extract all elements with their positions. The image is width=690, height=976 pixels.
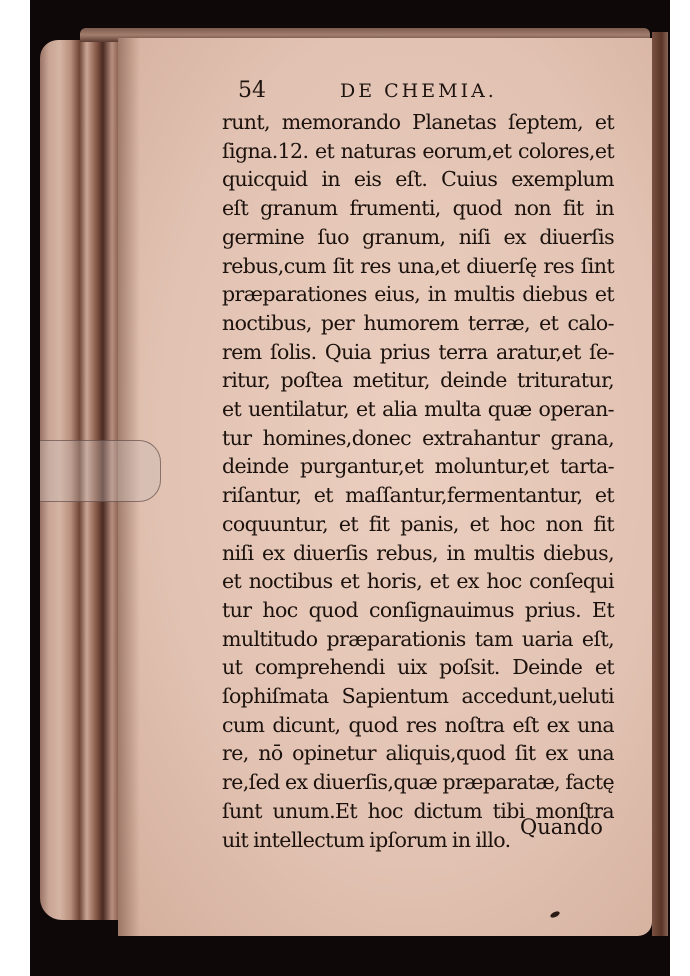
text-line: et noctibus et horis, et ex hoc conſequi bbox=[222, 567, 614, 596]
text-line: et uentilatur, et alia multa quæ operan- bbox=[222, 395, 614, 424]
text-line: niſi ex diuerſis rebus, in multis diebus… bbox=[222, 539, 614, 568]
text-line: rem ſolis. Quia prius terra aratur,et ſe… bbox=[222, 338, 614, 367]
text-line: ſigna.12. et naturas eorum,et colores,et bbox=[222, 137, 614, 166]
text-line: noctibus, per humorem terræ, et calo- bbox=[222, 309, 614, 338]
page-header: 54 DE CHEMIA. bbox=[232, 78, 622, 108]
text-line: præparationes eius, in multis diebus et bbox=[222, 280, 614, 309]
body-text: runt, memorando Planetas ſeptem, et ſign… bbox=[222, 108, 614, 854]
text-line: re, nō opinetur aliquis,quod ſit ex una bbox=[222, 739, 614, 768]
text-line: runt, memorando Planetas ſeptem, et bbox=[222, 108, 614, 137]
text-line: cum dicunt, quod res noſtra eſt ex una bbox=[222, 711, 614, 740]
text-line: coquuntur, et fit panis, et hoc non fit bbox=[222, 510, 614, 539]
text-line: tur homines,donec extrahantur grana, bbox=[222, 424, 614, 453]
catchword: Quando bbox=[520, 815, 603, 839]
text-line: germine ſuo granum, niſi ex diuerſis bbox=[222, 223, 614, 252]
page-number: 54 bbox=[238, 78, 266, 103]
text-line: tur hoc quod conſignauimus prius. Et bbox=[222, 596, 614, 625]
book-right-edge bbox=[652, 32, 668, 936]
text-line: ut comprehendi uix poſsit. Deinde et bbox=[222, 653, 614, 682]
text-line: deinde purgantur,et moluntur,et tarta- bbox=[222, 452, 614, 481]
text-line: quicquid in eis eſt. Cuius exemplum bbox=[222, 165, 614, 194]
page-marker-tab bbox=[40, 440, 161, 502]
running-head: DE CHEMIA. bbox=[340, 80, 497, 102]
text-line: ritur, poſtea metitur, deinde trituratur… bbox=[222, 366, 614, 395]
text-line: rebus,cum ſit res una,et diuerſę res ſin… bbox=[222, 252, 614, 281]
text-line: re,ſed ex diuerſis,quæ præparatæ, factę bbox=[222, 768, 614, 797]
text-line: eſt granum frumenti, quod non fit in bbox=[222, 194, 614, 223]
text-line: multitudo præparationis tam uaria eſt, bbox=[222, 625, 614, 654]
text-line: riſantur, et maſſantur,fermentantur, et bbox=[222, 481, 614, 510]
text-line: ſophiſmata Sapientum accedunt,ueluti bbox=[222, 682, 614, 711]
